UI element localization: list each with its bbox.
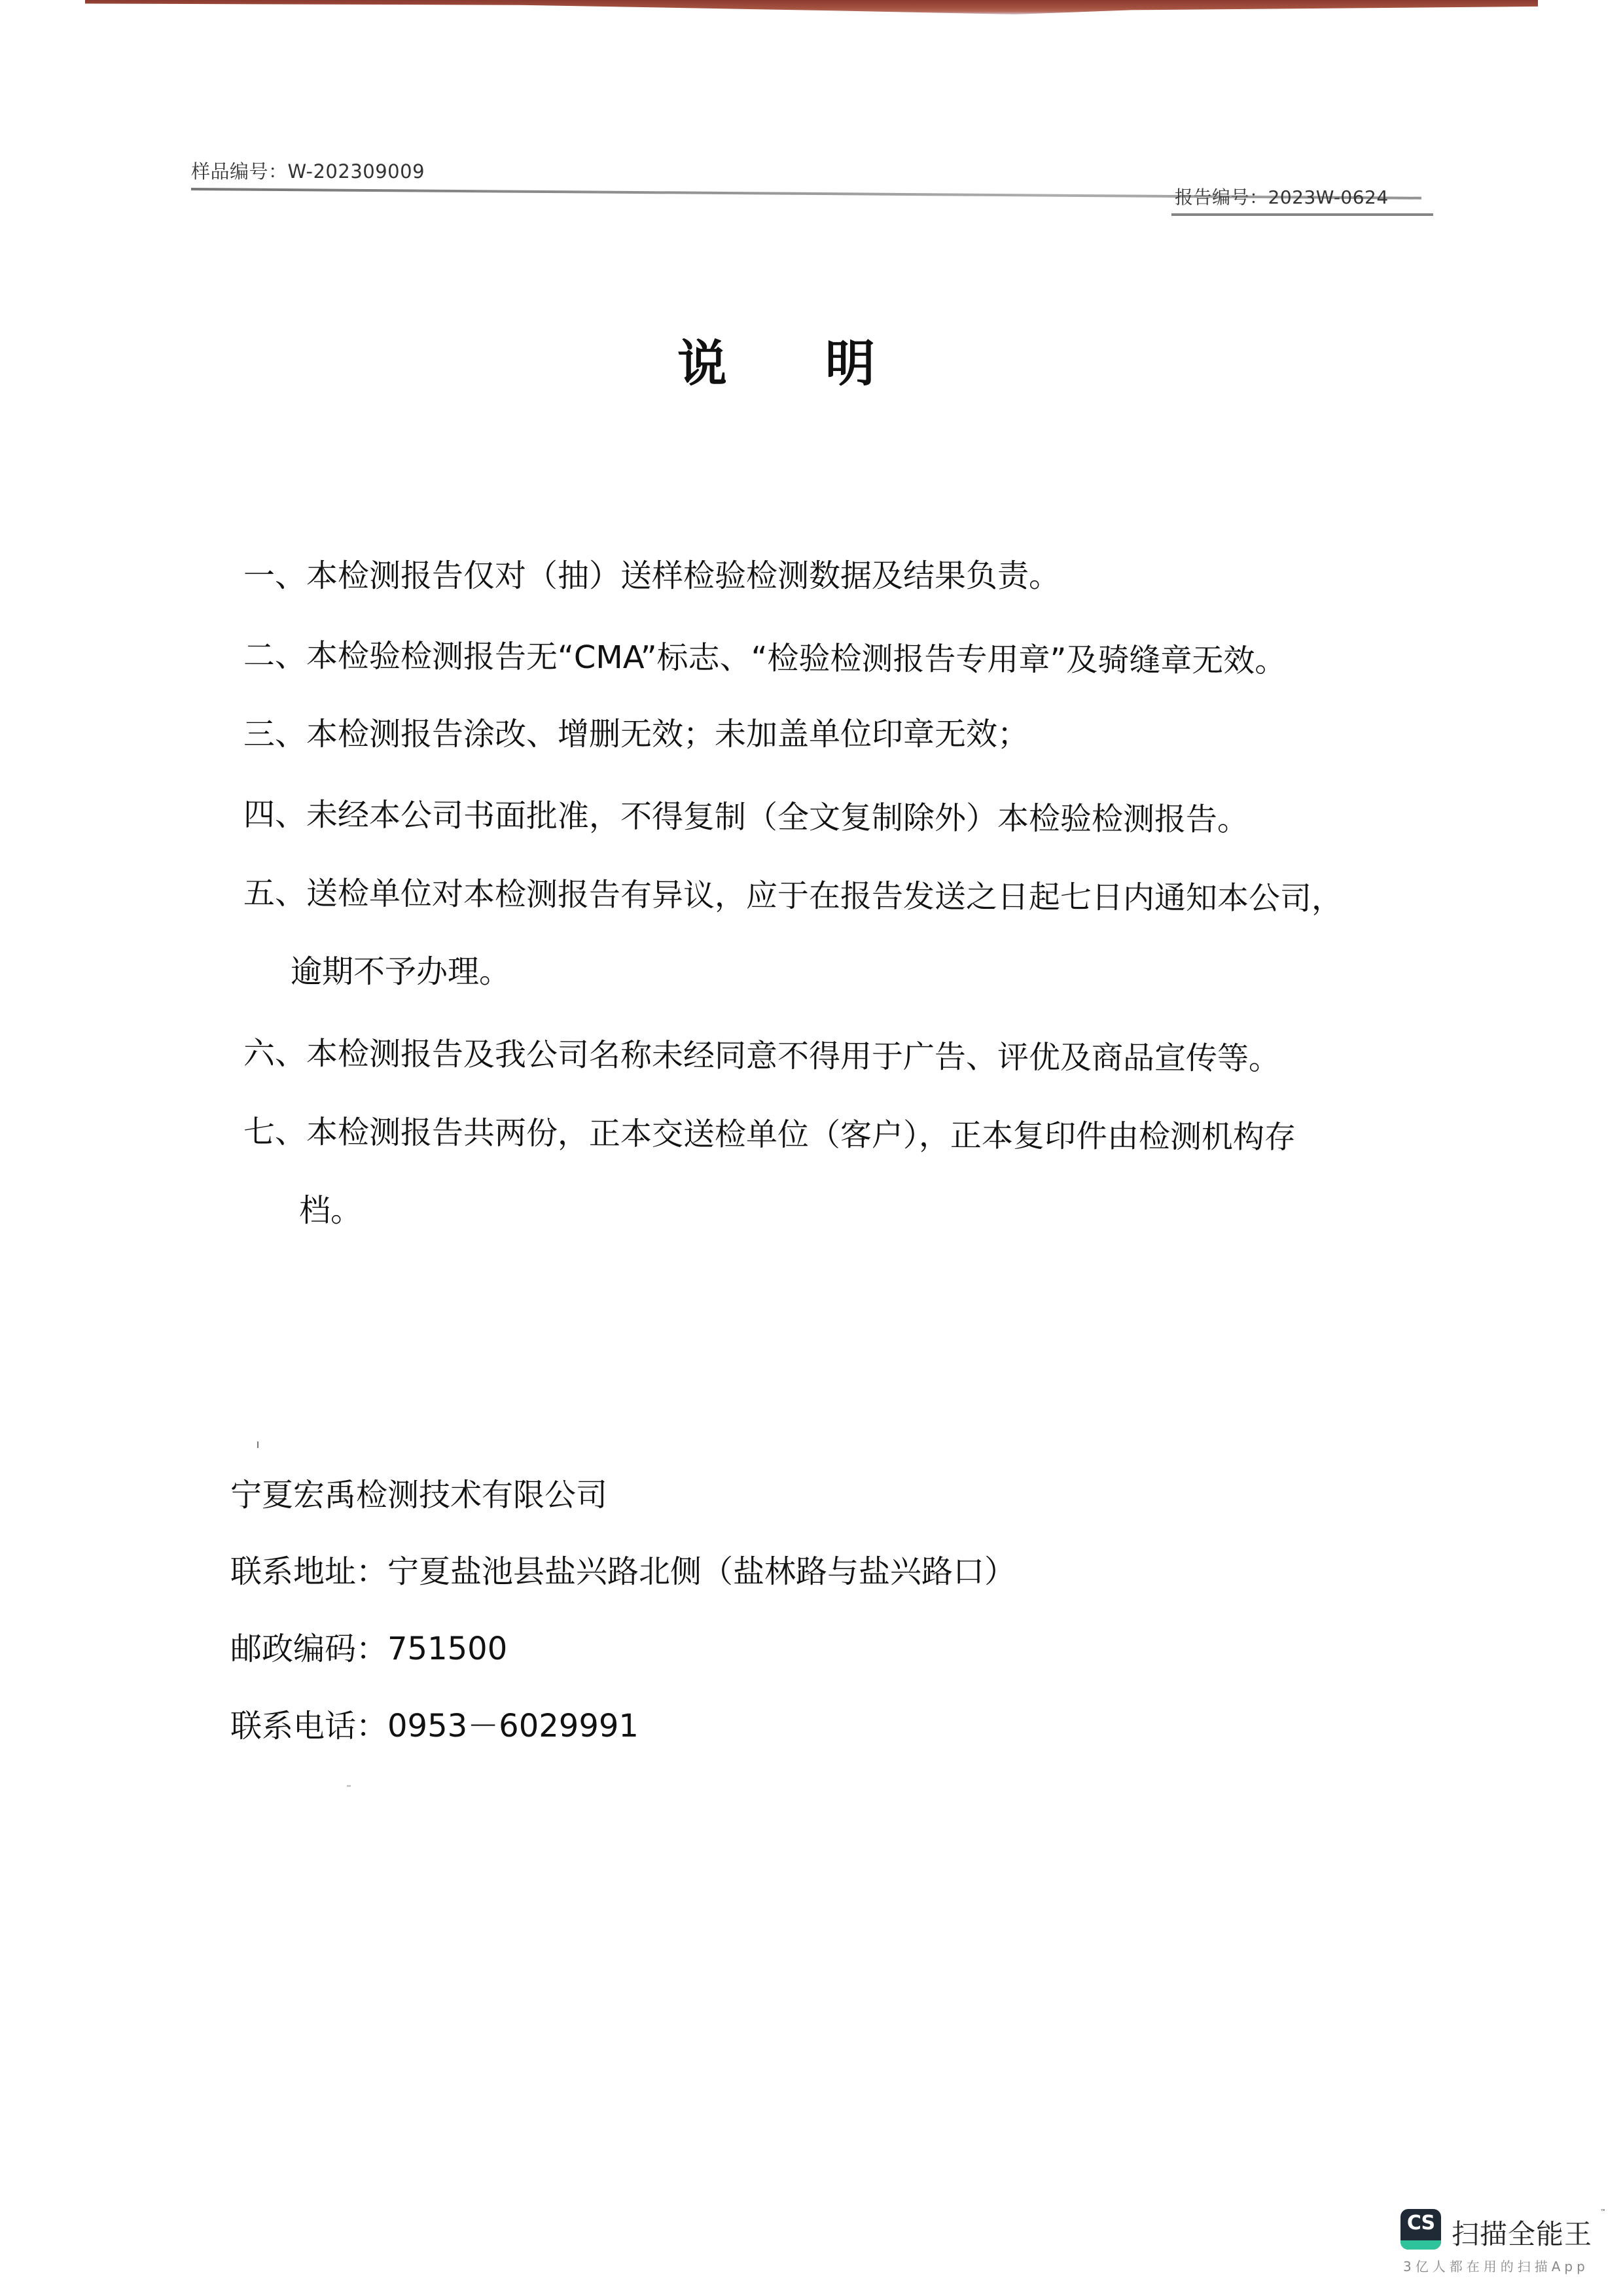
note-number: 五、 <box>243 875 306 912</box>
watermark-tagline: 3亿人都在用的扫描App <box>1403 2256 1589 2275</box>
note-text: 本检测报告及我公司名称未经同意不得用于广告、评优及商品宣传等。 <box>306 1036 1280 1078</box>
header-rule-right <box>1171 213 1433 216</box>
phone-value: 0953－6029991 <box>387 1708 639 1744</box>
note-item-5: 五、送检单位对本检测报告有异议，应于在报告发送之日起七日内通知本公司， <box>243 874 1343 919</box>
sample-number-value: W-202309009 <box>288 160 425 183</box>
scan-speck <box>257 1441 259 1448</box>
camscanner-watermark: CS 扫描全能王 ™ 3亿人都在用的扫描App <box>1400 2204 1616 2276</box>
note-item-1: 一、本检测报告仅对（抽）送样检验检测数据及结果负责。 <box>243 556 1060 595</box>
postcode-label: 邮政编码： <box>230 1631 387 1667</box>
note-item-6: 六、本检测报告及我公司名称未经同意不得用于广告、评优及商品宣传等。 <box>243 1034 1280 1078</box>
page-title: 说明 <box>677 324 875 395</box>
note-number: 一、 <box>243 557 306 594</box>
phone-label: 联系电话： <box>230 1708 387 1744</box>
report-number-value: 2023W-0624 <box>1268 186 1389 208</box>
note-text: 本检测报告共两份，正本交送检单位（客户），正本复印件由检测机构存 <box>306 1114 1296 1156</box>
note-number: 四、 <box>243 796 306 834</box>
sample-number-label: 样品编号： <box>191 160 288 183</box>
note-item-7-continuation: 档。 <box>299 1191 362 1230</box>
company-phone: 联系电话：0953－6029991 <box>230 1706 639 1746</box>
note-number: 三、 <box>243 716 306 752</box>
note-number: 六、 <box>243 1035 306 1072</box>
note-text: 本检测报告仅对（抽）送样检验检测数据及结果负责。 <box>306 557 1060 594</box>
camscanner-logo-icon: CS <box>1400 2209 1441 2250</box>
note-item-3: 三、本检测报告涂改、增删无效；未加盖单位印章无效； <box>243 715 1029 754</box>
watermark-app-name: 扫描全能王 <box>1452 2213 1592 2252</box>
title-char-1: 说 <box>677 324 727 395</box>
report-number: 报告编号：2023W-0624 <box>1175 183 1389 209</box>
trademark-symbol: ™ <box>1600 2209 1606 2216</box>
address-value: 宁夏盐池县盐兴路北侧（盐林路与盐兴路口） <box>387 1553 1016 1590</box>
note-text: 本检测报告涂改、增删无效；未加盖单位印章无效； <box>306 716 1029 752</box>
note-item-5-continuation: 逾期不予办理。 <box>291 952 510 991</box>
postcode-value: 751500 <box>387 1631 507 1667</box>
address-label: 联系地址： <box>230 1553 387 1590</box>
company-name: 宁夏宏禹检测技术有限公司 <box>230 1475 607 1515</box>
note-text: 本检验检测报告无“CMA”标志、“检验检测报告专用章”及骑缝章无效。 <box>306 638 1287 680</box>
note-item-4: 四、未经本公司书面批准，不得复制（全文复制除外）本检验检测报告。 <box>243 795 1249 839</box>
note-item-2: 二、本检验检测报告无“CMA”标志、“检验检测报告专用章”及骑缝章无效。 <box>243 636 1287 680</box>
note-text: 送检单位对本检测报告有异议，应于在报告发送之日起七日内通知本公司， <box>306 875 1343 917</box>
note-text: 未经本公司书面批准，不得复制（全文复制除外）本检验检测报告。 <box>306 797 1249 839</box>
scan-speck <box>347 1785 351 1787</box>
title-char-2: 明 <box>825 324 875 395</box>
scan-top-edge-artifact <box>85 0 1538 14</box>
company-address: 联系地址：宁夏盐池县盐兴路北侧（盐林路与盐兴路口） <box>230 1552 1016 1591</box>
report-number-label: 报告编号： <box>1175 186 1268 208</box>
note-number: 二、 <box>243 637 306 675</box>
company-postcode: 邮政编码：751500 <box>230 1629 507 1669</box>
note-item-7: 七、本检测报告共两份，正本交送检单位（客户），正本复印件由检测机构存 <box>243 1112 1296 1157</box>
note-number: 七、 <box>243 1114 306 1151</box>
sample-number: 样品编号：W-202309009 <box>191 157 425 184</box>
